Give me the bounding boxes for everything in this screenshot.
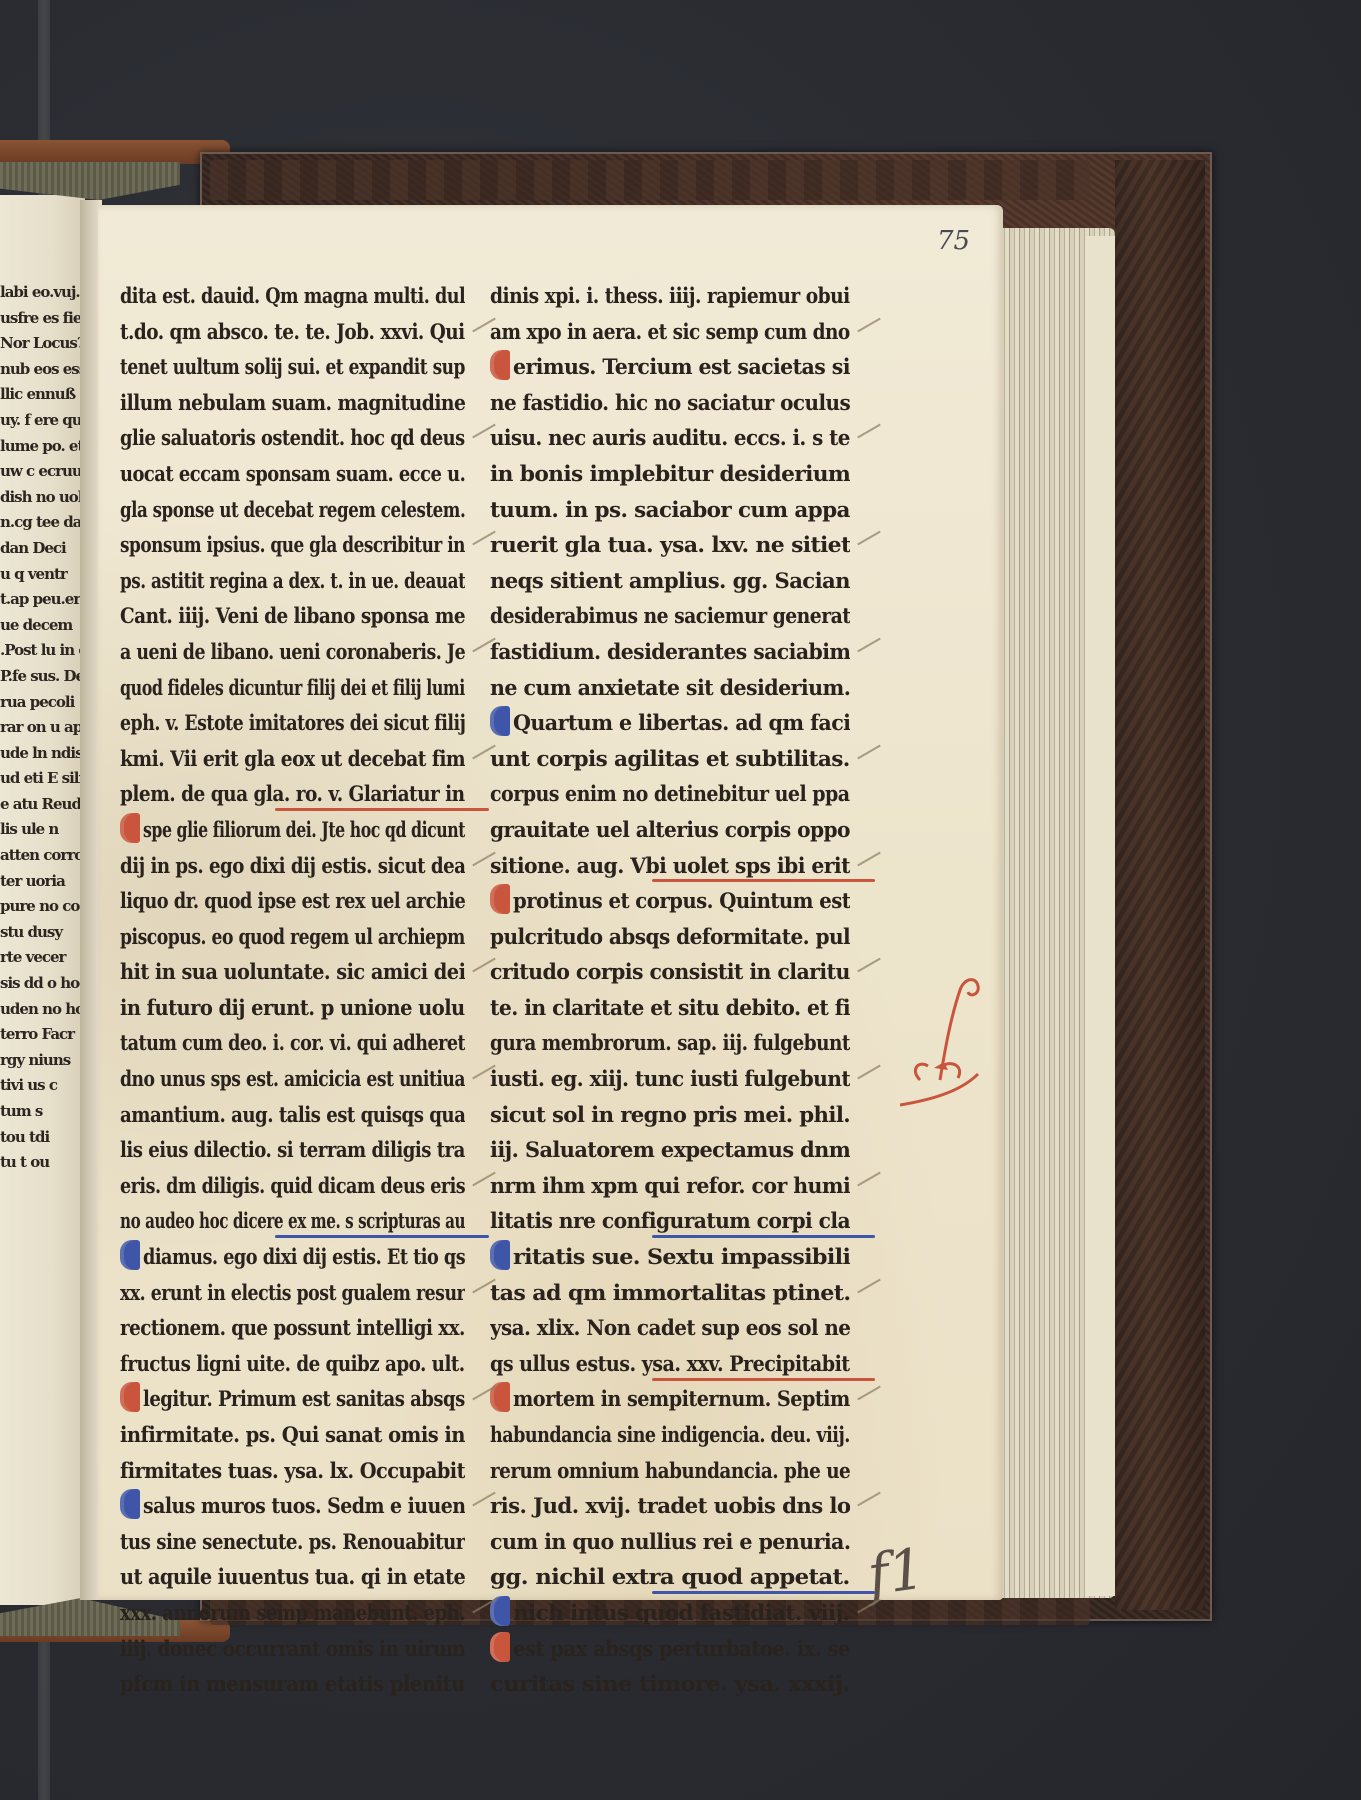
manuscript-line: cum in quo nullius rei e penuria.	[490, 1524, 850, 1560]
facing-page-line: lis ule n	[0, 817, 82, 843]
line-text: neqs sitient amplius. gg. Sacian	[490, 563, 850, 599]
facing-page-line: lume po. et	[0, 434, 82, 460]
manuscript-line: fastidium. desiderantes saciabim	[490, 634, 850, 670]
manuscript-line: quod fideles dicuntur filij dei et filij…	[120, 670, 465, 706]
manuscript-line: no audeo hoc dicere ex me. s scripturas …	[120, 1203, 465, 1239]
manuscript-line: xx. erunt in electis post gualem resur	[120, 1275, 465, 1311]
manuscript-line: piscopus. eo quod regem ul archiepm	[120, 919, 465, 955]
line-text: curitas sine timore. ysa. xxxij.	[490, 1666, 850, 1702]
manuscript-line: tatum cum deo. i. cor. vi. qui adheret	[120, 1025, 465, 1061]
manuscript-line: nrm ihm xpm qui refor. cor humi	[490, 1168, 850, 1204]
manuscript-line: habundancia sine indigencia. deu. viij.	[490, 1417, 850, 1453]
manuscript-line: neqs sitient amplius. gg. Sacian	[490, 563, 850, 599]
line-text: kmi. Vii erit gla eox ut decebat fim	[120, 741, 465, 777]
manuscript-line: tus sine senectute. ps. Renouabitur	[120, 1524, 465, 1560]
red-initial-icon	[490, 884, 510, 914]
manuscript-line: iusti. eg. xiij. tunc iusti fulgebunt	[490, 1061, 850, 1097]
line-text: piscopus. eo quod regem ul archiepm	[120, 919, 465, 955]
facing-page-line: P.fe sus. De	[0, 664, 82, 690]
facing-page-line: .Post lu in ca	[0, 638, 82, 664]
pencil-mark: f1	[864, 1536, 929, 1608]
manuscript-line: pfcm in mensuram etatis plenitu	[120, 1666, 465, 1702]
manuscript-line: dij in ps. ego dixi dij estis. sicut dea	[120, 848, 465, 884]
line-text: illum nebulam suam. magnitudine	[120, 385, 465, 421]
manuscript-line: sitione. aug. Vbi uolet sps ibi erit	[490, 848, 850, 884]
manuscript-line: gg. nichil extra quod appetat.	[490, 1559, 850, 1595]
manuscript-line: salus muros tuos. Sedm e iuuen	[120, 1488, 465, 1524]
line-text: pfcm in mensuram etatis plenitu	[120, 1666, 465, 1702]
line-text: te. in claritate et situ debito. et fi	[490, 990, 850, 1026]
manuscript-line: eris. dm diligis. quid dicam deus eris	[120, 1168, 465, 1204]
line-text: firmitates tuas. ysa. lx. Occupabit	[120, 1453, 465, 1489]
red-pen-flourish	[652, 1378, 875, 1381]
cover-right-edge	[1115, 160, 1205, 1610]
manuscript-line: gla sponse ut decebat regem celestem.	[120, 492, 465, 528]
manuscript-line: uisu. nec auris auditu. eccs. i. s te	[490, 420, 850, 456]
facing-page-line: ud eti E siln	[0, 766, 82, 792]
line-text: lis eius dilectio. si terram diligis tra	[120, 1132, 465, 1168]
manuscript-line: tenet uultum solij sui. et expandit sup	[120, 349, 465, 385]
manuscript-line: nich intus quod fastidiat. viij.	[490, 1595, 850, 1631]
facing-page-line: tivi us c	[0, 1073, 82, 1099]
facing-page-line: nub eos esse	[0, 357, 82, 383]
line-text: cum in quo nullius rei e penuria.	[490, 1524, 850, 1560]
manuscript-line: uocat eccam sponsam suam. ecce u.	[120, 456, 465, 492]
line-text: sponsum ipsius. que gla describitur in	[120, 527, 465, 563]
manuscript-line: Cant. iiij. Veni de libano sponsa me	[120, 598, 465, 634]
red-initial-icon	[490, 350, 510, 380]
line-text: sitione. aug. Vbi uolet sps ibi erit	[490, 848, 850, 884]
line-text: tatum cum deo. i. cor. vi. qui adheret	[120, 1025, 465, 1061]
line-text: rerum omnium habundancia. phe ue	[490, 1453, 850, 1489]
line-text: ps. astitit regina a dex. t. in ue. deau…	[120, 563, 465, 599]
manuscript-line: ne fastidio. hic no saciatur oculus	[490, 385, 850, 421]
line-text: xxx. annorum semp manebunt. eph.	[120, 1595, 465, 1631]
line-text: dita est. dauid. Qm magna multi. dul	[120, 278, 465, 314]
facing-page-line: atten corro	[0, 843, 82, 869]
facing-page-line: rgy niuns	[0, 1048, 82, 1074]
manuscript-line: kmi. Vii erit gla eox ut decebat fim	[120, 741, 465, 777]
facing-page-line: n.cg tee da	[0, 510, 82, 536]
line-text: legitur. Primum est sanitas absqs	[143, 1381, 465, 1417]
manuscript-line: firmitates tuas. ysa. lx. Occupabit	[120, 1453, 465, 1489]
manuscript-line: sponsum ipsius. que gla describitur in	[120, 527, 465, 563]
manuscript-line: legitur. Primum est sanitas absqs	[120, 1381, 465, 1417]
manuscript-line: infirmitate. ps. Qui sanat omis in	[120, 1417, 465, 1453]
line-text: dij in ps. ego dixi dij estis. sicut dea	[120, 848, 465, 884]
manuscript-line: est pax absqs perturbatoe. ix. se	[490, 1631, 850, 1667]
manuscript-line: spe glie filiorum dei. Jte hoc qd dicunt	[120, 812, 465, 848]
red-initial-icon	[120, 813, 140, 843]
facing-page-line: t.ap peu.er.	[0, 587, 82, 613]
manuscript-line: mortem in sempiternum. Septim	[490, 1381, 850, 1417]
facing-page-line: sis dd o hoc	[0, 971, 82, 997]
manuscript-line: qs ullus estus. ysa. xxv. Precipitabit	[490, 1346, 850, 1382]
manuscript-line: dita est. dauid. Qm magna multi. dul	[120, 278, 465, 314]
manuscript-line: lis eius dilectio. si terram diligis tra	[120, 1132, 465, 1168]
line-text: ruerit gla tua. ysa. lxv. ne sitiet	[490, 527, 850, 563]
manuscript-line: in futuro dij erunt. p unione uolu	[120, 990, 465, 1026]
manuscript-line: dno unus sps est. amicicia est unitiua	[120, 1061, 465, 1097]
line-text: gla sponse ut decebat regem celestem.	[120, 492, 465, 528]
manuscript-line: illum nebulam suam. magnitudine	[120, 385, 465, 421]
facing-page-text: labi eo.vuj.usfre es fierNor Locus?nub e…	[0, 280, 82, 1180]
facing-page-line: dan Deci	[0, 536, 82, 562]
red-pen-flourish	[275, 808, 489, 811]
line-text: sicut sol in regno pris mei. phil.	[490, 1097, 850, 1133]
manuscript-line: ne cum anxietate sit desiderium.	[490, 670, 850, 706]
facing-page-line: lu ere	[0, 1176, 82, 1180]
line-text: nich intus quod fastidiat. viij.	[513, 1595, 850, 1631]
manuscript-line: desiderabimus ne saciemur generat	[490, 598, 850, 634]
text-column-right: dinis xpi. i. thess. iiij. rapiemur obui…	[490, 278, 850, 1702]
line-text: grauitate uel alterius corpis oppo	[490, 812, 850, 848]
facing-page-line: rte vecer	[0, 945, 82, 971]
manuscript-line: liquo dr. quod ipse est rex uel archie	[120, 883, 465, 919]
line-text: est pax absqs perturbatoe. ix. se	[513, 1631, 850, 1667]
manuscript-line: sicut sol in regno pris mei. phil.	[490, 1097, 850, 1133]
line-text: nrm ihm xpm qui refor. cor humi	[490, 1168, 850, 1204]
facing-page-line: ue decem	[0, 613, 82, 639]
blue-pen-flourish	[652, 1235, 875, 1238]
marginal-flourish-icon	[900, 970, 990, 1110]
leather-spine-top	[0, 140, 230, 164]
line-text: glie saluatoris ostendit. hoc qd deus	[120, 420, 465, 456]
line-text: qs ullus estus. ysa. xxv. Precipitabit	[490, 1346, 850, 1382]
manuscript-line: fructus ligni uite. de quibz apo. ult.	[120, 1346, 465, 1382]
blue-initial-icon	[490, 706, 510, 736]
line-text: ne cum anxietate sit desiderium.	[490, 670, 850, 706]
manuscript-line: eph. v. Estote imitatores dei sicut fili…	[120, 705, 465, 741]
line-text: litatis nre configuratum corpi cla	[490, 1203, 850, 1239]
facing-page-line: terro Facr	[0, 1022, 82, 1048]
line-text: gg. nichil extra quod appetat.	[490, 1559, 850, 1595]
line-text: erimus. Tercium est sacietas si	[513, 349, 850, 385]
manuscript-line: Quartum e libertas. ad qm faci	[490, 705, 850, 741]
line-text: Cant. iiij. Veni de libano sponsa me	[120, 598, 465, 634]
manuscript-line: rerum omnium habundancia. phe ue	[490, 1453, 850, 1489]
facing-page-line: tum s	[0, 1099, 82, 1125]
manuscript-line: iiij. donec occurrant omis in uirum	[120, 1631, 465, 1667]
line-text: rectionem. que possunt intelligi xx.	[120, 1310, 465, 1346]
manuscript-line: diamus. ego dixi dij estis. Et tio qs	[120, 1239, 465, 1275]
blue-initial-icon	[490, 1240, 510, 1270]
manuscript-line: dinis xpi. i. thess. iiij. rapiemur obui	[490, 278, 850, 314]
manuscript-line: glie saluatoris ostendit. hoc qd deus	[120, 420, 465, 456]
facing-page-line: tou tdi	[0, 1125, 82, 1151]
blue-initial-icon	[120, 1489, 140, 1519]
manuscript-line: ysa. xlix. Non cadet sup eos sol ne	[490, 1310, 850, 1346]
facing-page-line: Nor Locus?	[0, 331, 82, 357]
facing-page-line: stu dusy	[0, 920, 82, 946]
manuscript-line: iij. Saluatorem expectamus dnm	[490, 1132, 850, 1168]
line-text: ritatis sue. Sextu impassibili	[513, 1239, 850, 1275]
manuscript-line: critudo corpis consistit in claritu	[490, 954, 850, 990]
line-text: critudo corpis consistit in claritu	[490, 954, 850, 990]
line-text: diamus. ego dixi dij estis. Et tio qs	[143, 1239, 465, 1275]
line-text: ysa. xlix. Non cadet sup eos sol ne	[490, 1310, 850, 1346]
line-text: fructus ligni uite. de quibz apo. ult.	[120, 1346, 465, 1382]
manuscript-line: t.do. qm absco. te. te. Job. xxvi. Qui	[120, 314, 465, 350]
line-text: salus muros tuos. Sedm e iuuen	[143, 1488, 465, 1524]
line-text: in futuro dij erunt. p unione uolu	[120, 990, 465, 1026]
line-text: am xpo in aera. et sic semp cum dno	[490, 314, 850, 350]
line-text: gura membrorum. sap. iij. fulgebunt	[490, 1025, 850, 1061]
red-pen-flourish	[652, 879, 875, 882]
line-text: ris. Jud. xvij. tradet uobis dns lo	[490, 1488, 850, 1524]
manuscript-line: amantium. aug. talis est quisqs qua	[120, 1097, 465, 1133]
line-text: protinus et corpus. Quintum est	[513, 883, 850, 919]
line-text: eph. v. Estote imitatores dei sicut fili…	[120, 705, 465, 741]
manuscript-line: rectionem. que possunt intelligi xx.	[120, 1310, 465, 1346]
facing-page-line: u q ventr	[0, 562, 82, 588]
line-text: tuum. in ps. saciabor cum appa	[490, 492, 850, 528]
manuscript-line: corpus enim no detinebitur uel ppa	[490, 776, 850, 812]
manuscript-line: in bonis implebitur desiderium	[490, 456, 850, 492]
line-text: desiderabimus ne saciemur generat	[490, 598, 850, 634]
manuscript-line: unt corpis agilitas et subtilitas.	[490, 741, 850, 777]
facing-page-line: e atu Reudu	[0, 792, 82, 818]
line-text: dinis xpi. i. thess. iiij. rapiemur obui	[490, 278, 850, 314]
facing-page-line: tu t ou	[0, 1150, 82, 1176]
line-text: amantium. aug. talis est quisqs qua	[120, 1097, 465, 1133]
line-text: unt corpis agilitas et subtilitas.	[490, 741, 850, 777]
facing-page-line: ter uoria	[0, 869, 82, 895]
manuscript-line: litatis nre configuratum corpi cla	[490, 1203, 850, 1239]
line-text: uisu. nec auris auditu. eccs. i. s te	[490, 420, 850, 456]
manuscript-line: curitas sine timore. ysa. xxxij.	[490, 1666, 850, 1702]
line-text: iusti. eg. xiij. tunc iusti fulgebunt	[490, 1061, 850, 1097]
blue-pen-flourish	[275, 1235, 489, 1238]
line-text: iij. Saluatorem expectamus dnm	[490, 1132, 850, 1168]
facing-page-line: usfre es fier	[0, 306, 82, 332]
manuscript-line: a ueni de libano. ueni coronaberis. Je	[120, 634, 465, 670]
line-text: spe glie filiorum dei. Jte hoc qd dicunt	[143, 812, 465, 848]
manuscript-line: ris. Jud. xvij. tradet uobis dns lo	[490, 1488, 850, 1524]
line-text: eris. dm diligis. quid dicam deus eris	[120, 1168, 465, 1204]
line-text: quod fideles dicuntur filij dei et filij…	[120, 670, 465, 706]
line-text: hit in sua uoluntate. sic amici dei	[120, 954, 465, 990]
line-text: t.do. qm absco. te. te. Job. xxvi. Qui	[120, 314, 465, 350]
manuscript-line: pulcritudo absqs deformitate. pul	[490, 919, 850, 955]
manuscript-line: tas ad qm immortalitas ptinet.	[490, 1275, 850, 1311]
red-initial-icon	[120, 1382, 140, 1412]
line-text: tus sine senectute. ps. Renouabitur	[120, 1524, 465, 1560]
facing-page-line: rua pecoli	[0, 690, 82, 716]
line-text: a ueni de libano. ueni coronaberis. Je	[120, 634, 465, 670]
facing-page-line: llic ennuß	[0, 382, 82, 408]
line-text: no audeo hoc dicere ex me. s scripturas …	[120, 1203, 465, 1239]
manuscript-line: am xpo in aera. et sic semp cum dno	[490, 314, 850, 350]
facing-page-line: uden no ho	[0, 997, 82, 1023]
manuscript-line: erimus. Tercium est sacietas si	[490, 349, 850, 385]
manuscript-line: gura membrorum. sap. iij. fulgebunt	[490, 1025, 850, 1061]
line-text: habundancia sine indigencia. deu. viij.	[490, 1417, 850, 1453]
manuscript-line: ut aquile iuuentus tua. qi in etate	[120, 1559, 465, 1595]
facing-page-line: uw c ecruuc	[0, 459, 82, 485]
manuscript-line: tuum. in ps. saciabor cum appa	[490, 492, 850, 528]
manuscript-line: hit in sua uoluntate. sic amici dei	[120, 954, 465, 990]
manuscript-line: xxx. annorum semp manebunt. eph.	[120, 1595, 465, 1631]
line-text: tenet uultum solij sui. et expandit sup	[120, 349, 465, 385]
line-text: uocat eccam sponsam suam. ecce u.	[120, 456, 465, 492]
manuscript-line: ruerit gla tua. ysa. lxv. ne sitiet	[490, 527, 850, 563]
line-text: xx. erunt in electis post gualem resur	[120, 1275, 465, 1311]
line-text: infirmitate. ps. Qui sanat omis in	[120, 1417, 465, 1453]
line-text: ut aquile iuuentus tua. qi in etate	[120, 1559, 465, 1595]
line-text: plem. de qua gla. ro. v. Glariatur in	[120, 776, 465, 812]
text-column-left: dita est. dauid. Qm magna multi. dult.do…	[120, 278, 465, 1702]
blue-initial-icon	[120, 1240, 140, 1270]
manuscript-line: ritatis sue. Sextu impassibili	[490, 1239, 850, 1275]
line-text: tas ad qm immortalitas ptinet.	[490, 1275, 850, 1311]
manuscript-line: te. in claritate et situ debito. et fi	[490, 990, 850, 1026]
facing-page-line: ude ln ndis un	[0, 741, 82, 767]
facing-page-line: dish no uol	[0, 485, 82, 511]
folio-number: 75	[937, 226, 970, 256]
blue-pen-flourish	[652, 1591, 875, 1594]
line-text: liquo dr. quod ipse est rex uel archie	[120, 883, 465, 919]
line-text: iiij. donec occurrant omis in uirum	[120, 1631, 465, 1667]
facing-page-line: pure no coe	[0, 894, 82, 920]
line-text: in bonis implebitur desiderium	[490, 456, 850, 492]
line-text: fastidium. desiderantes saciabim	[490, 634, 850, 670]
line-text: ne fastidio. hic no saciatur oculus	[490, 385, 850, 421]
line-text: corpus enim no detinebitur uel ppa	[490, 776, 850, 812]
line-text: mortem in sempiternum. Septim	[513, 1381, 850, 1417]
cover-tooling-top	[210, 160, 1090, 200]
manuscript-line: protinus et corpus. Quintum est	[490, 883, 850, 919]
red-initial-icon	[490, 1632, 510, 1662]
line-text: dno unus sps est. amicicia est unitiua	[120, 1061, 465, 1097]
line-text: pulcritudo absqs deformitate. pul	[490, 919, 850, 955]
manuscript-line: grauitate uel alterius corpis oppo	[490, 812, 850, 848]
facing-page-line: labi eo.vuj.	[0, 280, 82, 306]
facing-page-line: uy. f ere qui	[0, 408, 82, 434]
line-text: Quartum e libertas. ad qm faci	[513, 705, 850, 741]
manuscript-line: plem. de qua gla. ro. v. Glariatur in	[120, 776, 465, 812]
facing-page-line: rar on u ap	[0, 715, 82, 741]
page-block-turnin	[1085, 236, 1115, 1596]
manuscript-line: ps. astitit regina a dex. t. in ue. deau…	[120, 563, 465, 599]
